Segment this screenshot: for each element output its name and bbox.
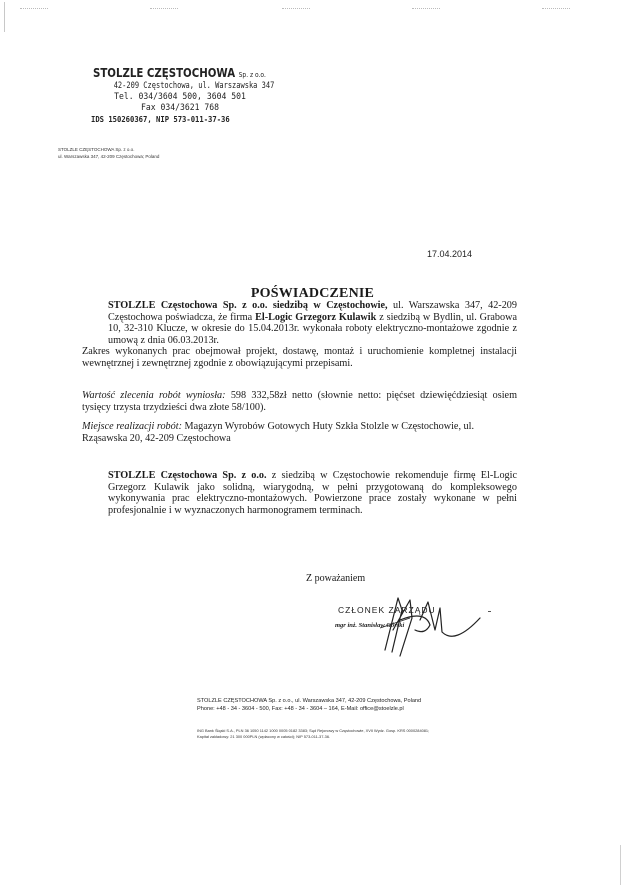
paragraph-place: Miejsce realizacji robót: Magazyn Wyrobó…: [82, 421, 517, 444]
stamp-ids: IDS 150260367, NIP 573-011-37-36: [91, 114, 248, 125]
paragraph-recommendation: STOLZLE Częstochowa Sp. z o.o. z siedzib…: [82, 470, 517, 516]
footer-legal: ING Bank Śląski S.A., PLN 36 1050 1142 1…: [197, 728, 517, 740]
scan-top-marks: [0, 8, 625, 14]
sender-address-small: STOLZLE CZĘSTOCHOWA Sp. z o.o. ul. Warsz…: [58, 146, 159, 160]
company-name: STOLZLE Częstochowa Sp. z o.o.: [108, 470, 267, 481]
dash-mark: [488, 611, 491, 612]
closing-salutation: Z poważaniem: [306, 573, 365, 584]
value-label: Wartość zlecenia robót wyniosła:: [82, 390, 226, 401]
footer-address: STOLZLE CZĘSTOCHOWA Sp. z o.o., ul. Wars…: [197, 698, 517, 706]
stamp-fax: Fax 034/3621 768: [104, 103, 257, 114]
sender-line: STOLZLE CZĘSTOCHOWA Sp. z o.o.: [58, 146, 159, 153]
scan-edge-right: [620, 845, 621, 885]
document-page: STOLZLE CZĘSTOCHOWA Sp. z o.o. 42-209 Cz…: [0, 0, 625, 885]
place-label: Miejsce realizacji robót:: [82, 421, 182, 432]
signature-block: CZŁONEK ZARZĄDU mgr inż. Stanisław Górsk…: [330, 590, 520, 670]
stamp-phone: Tel. 034/3604 500, 3604 501: [104, 92, 257, 103]
stamp-company: STOLZLE CZĘSTOCHOWA Sp. z o.o.: [93, 68, 239, 81]
contractor-name: El-Logic Grzegorz Kulawik: [255, 312, 376, 323]
footer-contact: Phone: +48 - 34 - 3604 - 500, Fax: +48 -…: [197, 706, 517, 714]
document-date: 17.04.2014: [427, 249, 472, 259]
handwritten-signature-icon: [330, 590, 520, 670]
footer-legal-line: Kapitał zakładowy: 21 300 000PLN (wpłaco…: [197, 734, 517, 740]
scan-edge-left: [4, 2, 5, 32]
company-name: STOLZLE Częstochowa Sp. z o.o. siedzibą …: [108, 300, 388, 311]
paragraph-scope: Zakres wykonanych prac obejmował projekt…: [82, 346, 517, 369]
company-stamp: STOLZLE CZĘSTOCHOWA Sp. z o.o. 42-209 Cz…: [95, 68, 265, 125]
letter-footer: STOLZLE CZĘSTOCHOWA Sp. z o.o., ul. Wars…: [197, 698, 517, 713]
paragraph-value: Wartość zlecenia robót wyniosła: 598 332…: [82, 390, 517, 413]
sender-line: ul. Warszawska 347, 42-209 Częstochowa; …: [58, 153, 159, 160]
paragraph-certification: STOLZLE Częstochowa Sp. z o.o. siedzibą …: [82, 300, 517, 369]
stamp-address: 42-209 Częstochowa, ul. Warszawska 347: [114, 81, 247, 92]
